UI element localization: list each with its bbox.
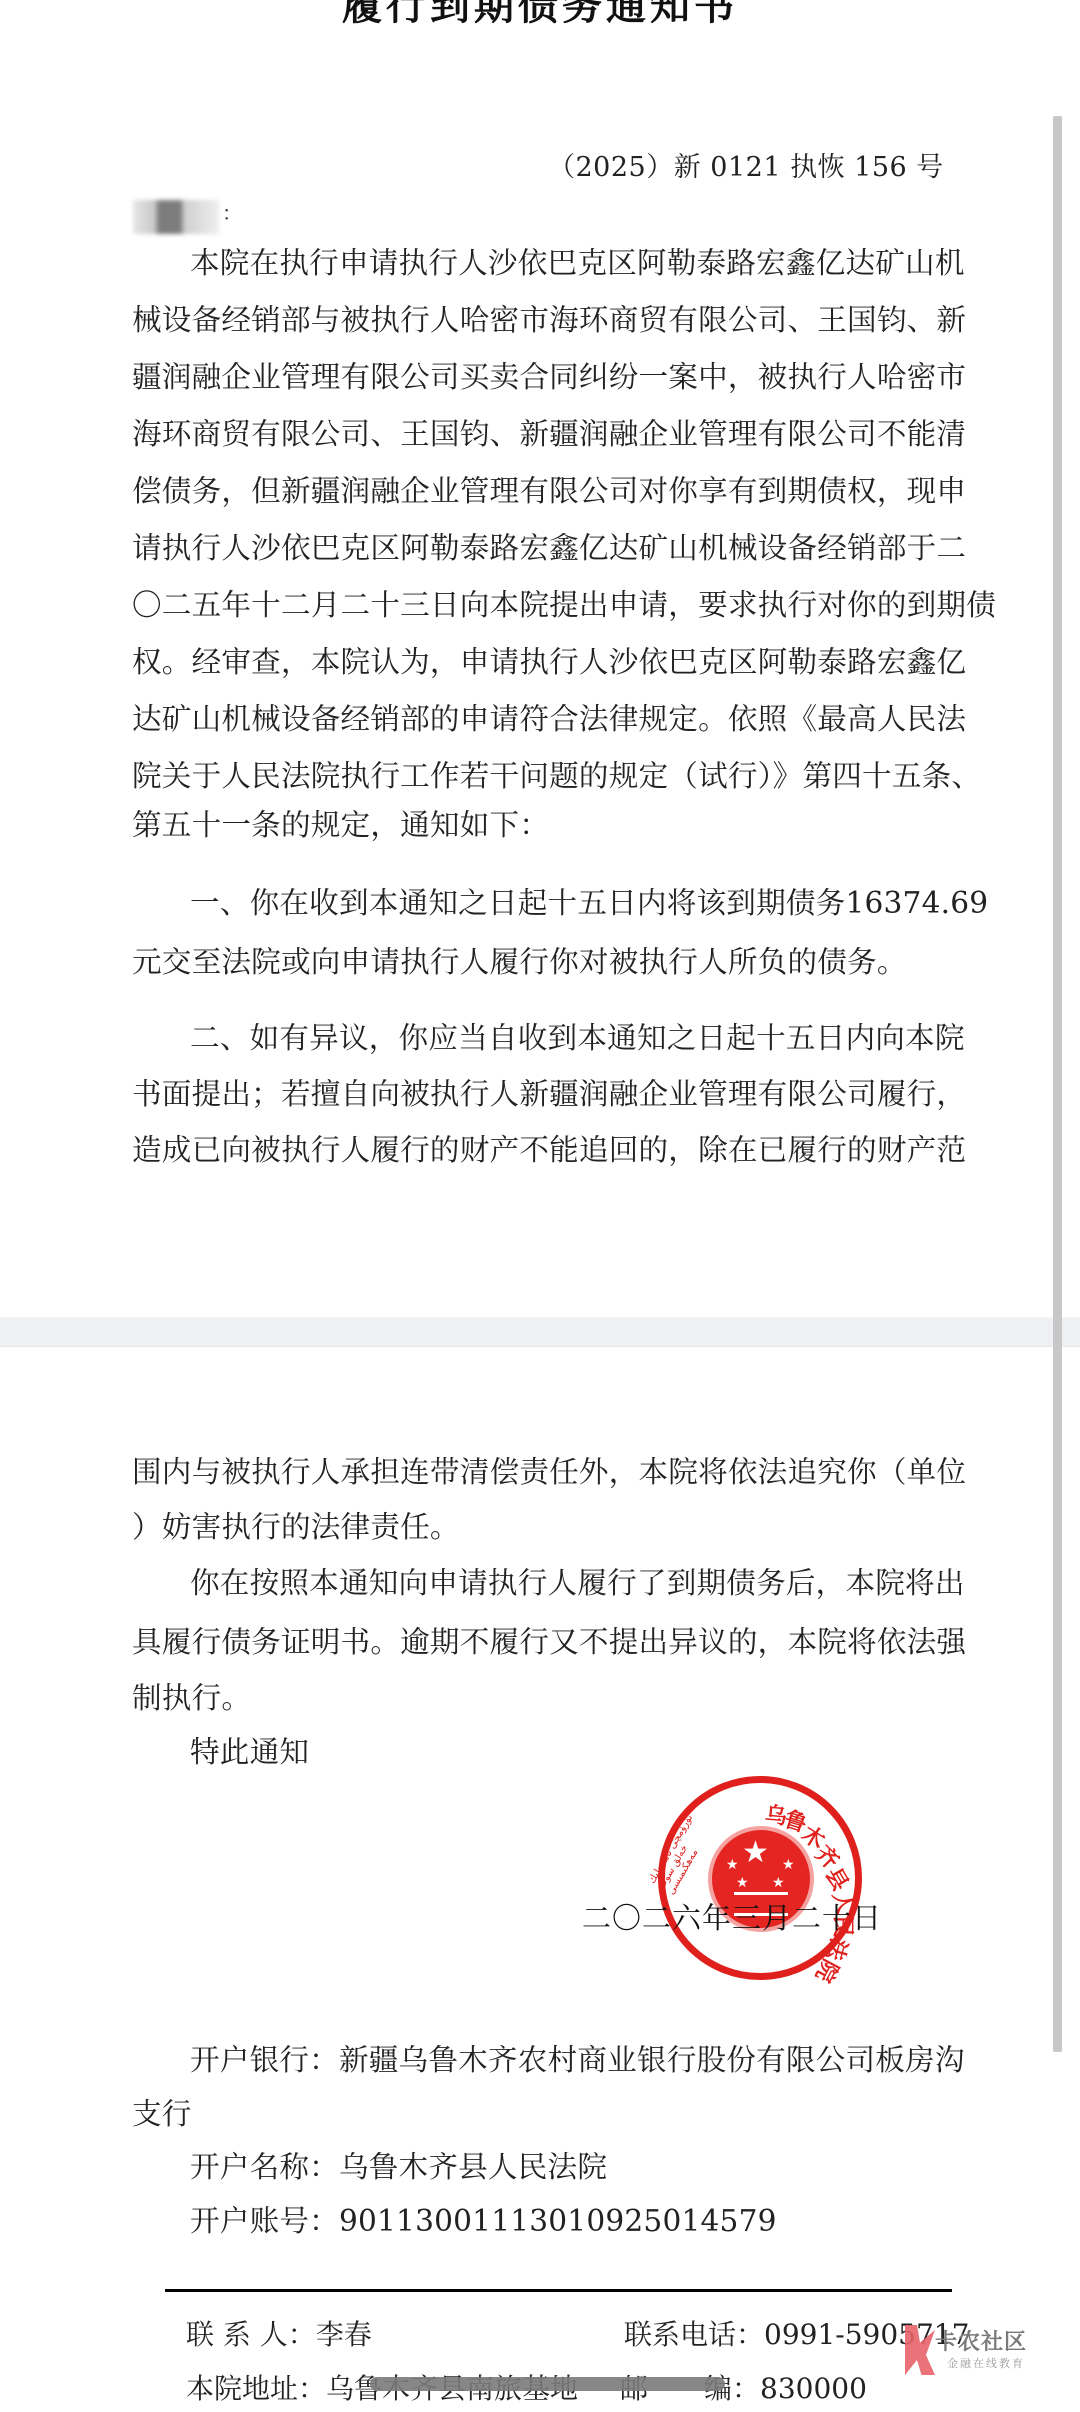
bank-name-line: 开户银行：新疆乌鲁木齐农村商业银行股份有限公司板房沟 (190, 2042, 1030, 2078)
body-line: 权。经审查，本院认为，申请执行人沙依巴克区阿勒泰路宏鑫亿 (132, 644, 972, 680)
page-separator (0, 1317, 1080, 1347)
body-line: 院关于人民法院执行工作若干问题的规定（试行）》第四十五条、 (132, 758, 972, 794)
address-redaction (370, 2377, 725, 2391)
court-seal: ★ ★ ★ ★ ★ 乌 鲁 木 齐 县 人 民 法 院 ئۈرۈمچى ناھى… (658, 1776, 862, 1980)
body-line: 〇二五年十二月二十三日向本院提出申请，要求执行对你的到期债 (132, 587, 972, 623)
clause-2-line: 造成已向被执行人履行的财产不能追回的，除在已履行的财产范 (132, 1132, 972, 1168)
document-title: 履行到期债务通知书 (0, 0, 1080, 31)
body-line: 具履行债务证明书。逾期不履行又不提出异议的，本院将依法强 (132, 1624, 972, 1660)
divider-line (165, 2289, 952, 2292)
clause-1-line: 元交至法院或向申请执行人履行你对被执行人所负的债务。 (132, 944, 972, 980)
document-page-1: 履行到期债务通知书 （2025）新 0121 执恢 156 号 ： 本院在执行申… (0, 0, 1080, 1317)
clause-1-line: 一、你在收到本通知之日起十五日内将该到期债务16374.69 (190, 885, 1030, 921)
body-line: 第五十一条的规定，通知如下： (132, 807, 972, 843)
document-page-2 (0, 1347, 1080, 2412)
body-line: 偿债务，但新疆润融企业管理有限公司对你享有到期债权，现申 (132, 473, 972, 509)
account-number: 开户账号：9011300111301092501457​9 (190, 2203, 1030, 2239)
recipient-name-redacted (133, 200, 219, 234)
scrollbar-thumb[interactable] (1053, 116, 1062, 2052)
account-name: 开户名称：乌鲁木齐县人民法院 (190, 2149, 1030, 2185)
body-line: 本院在执行申请执行人沙依巴克区阿勒泰路宏鑫亿达矿山机 (190, 245, 1030, 281)
contact-person: 联 系 人：李春 (186, 2313, 372, 2353)
watermark-subtitle: 金融在线教育 (947, 2355, 1025, 2371)
watermark: 卡农社区 金融在线教育 (905, 2325, 1080, 2385)
body-line: 制执行。 (132, 1680, 972, 1716)
clause-2-line: 二、如有异议，你应当自收到本通知之日起十五日内向本院 (190, 1020, 1030, 1056)
case-number: （2025）新 0121 执恢 156 号 (548, 145, 944, 184)
recipient-colon: ： (222, 197, 242, 226)
clause-2-line: ）妨害执行的法律责任。 (132, 1509, 972, 1545)
body-line: 你在按照本通知向申请执行人履行了到期债务后，本院将出 (190, 1565, 1030, 1601)
clause-2-line: 围内与被执行人承担连带清偿责任外，本院将依法追究你（单位 (132, 1454, 972, 1490)
closing-line: 特此通知 (190, 1734, 1030, 1770)
body-line: 疆润融企业管理有限公司买卖合同纠纷一案中，被执行人哈密市 (132, 359, 972, 395)
body-line: 械设备经销部与被执行人哈密市海环商贸有限公司、王国钧、新 (132, 302, 972, 338)
body-line: 海环商贸有限公司、王国钧、新疆润融企业管理有限公司不能清 (132, 416, 972, 452)
issue-date: 二〇二六年三月二十日 (582, 1896, 882, 1937)
body-line: 达矿山机械设备经销部的申请符合法律规定。依照《最高人民法 (132, 701, 972, 737)
body-line: 请执行人沙依巴克区阿勒泰路宏鑫亿达矿山机械设备经销部于二 (132, 530, 972, 566)
clause-2-line: 书面提出；若擅自向被执行人新疆润融企业管理有限公司履行， (132, 1076, 972, 1112)
watermark-title: 卡农社区 (935, 2325, 1027, 2356)
kanong-logo-icon (905, 2325, 935, 2375)
bank-name-line: 支行 (132, 2096, 972, 2132)
